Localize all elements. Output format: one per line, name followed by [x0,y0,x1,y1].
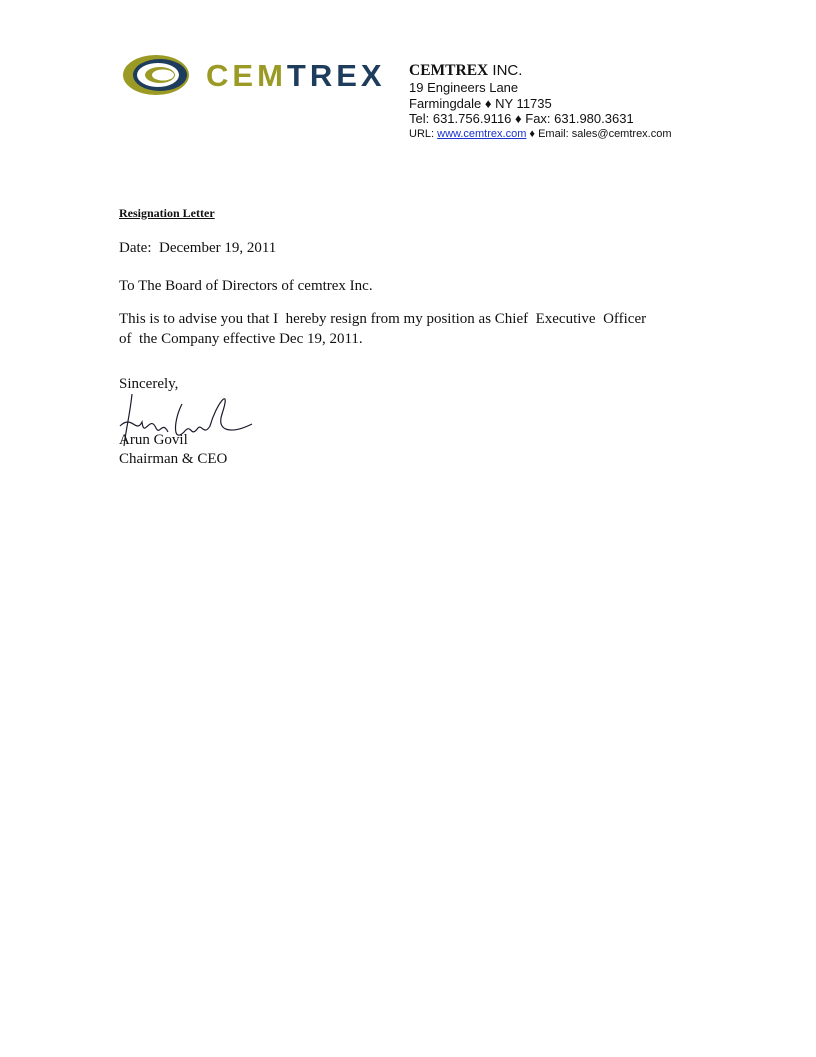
signer-title: Chairman & CEO [119,449,227,469]
cemtrex-logo: CEMTREX [122,50,394,100]
letter-date: Date: December 19, 2011 [119,238,276,258]
phone-fax-line: Tel: 631.756.9116 ♦ Fax: 631.980.3631 [409,111,672,127]
letter-body-line-1: This is to advise you that I hereby resi… [119,309,646,329]
address-line-2: Farmingdale ♦ NY 11735 [409,96,672,112]
address-line-1: 19 Engineers Lane [409,80,672,96]
letter-body-line-2: of the Company effective Dec 19, 2011. [119,329,363,349]
company-name: CEMTREX INC. [409,62,672,80]
logo-swirl-icon [122,50,202,100]
signer-name: Arun Govil [119,430,188,450]
letter-recipient: To The Board of Directors of cemtrex Inc… [119,276,373,296]
logo-wordmark: CEMTREX [206,58,386,94]
url-email-line: URL: www.cemtrex.com ♦ Email: sales@cemt… [409,127,672,143]
company-address-block: CEMTREX INC. 19 Engineers Lane Farmingda… [409,62,672,142]
letter-title: Resignation Letter [119,206,215,221]
website-link[interactable]: www.cemtrex.com [437,128,526,140]
